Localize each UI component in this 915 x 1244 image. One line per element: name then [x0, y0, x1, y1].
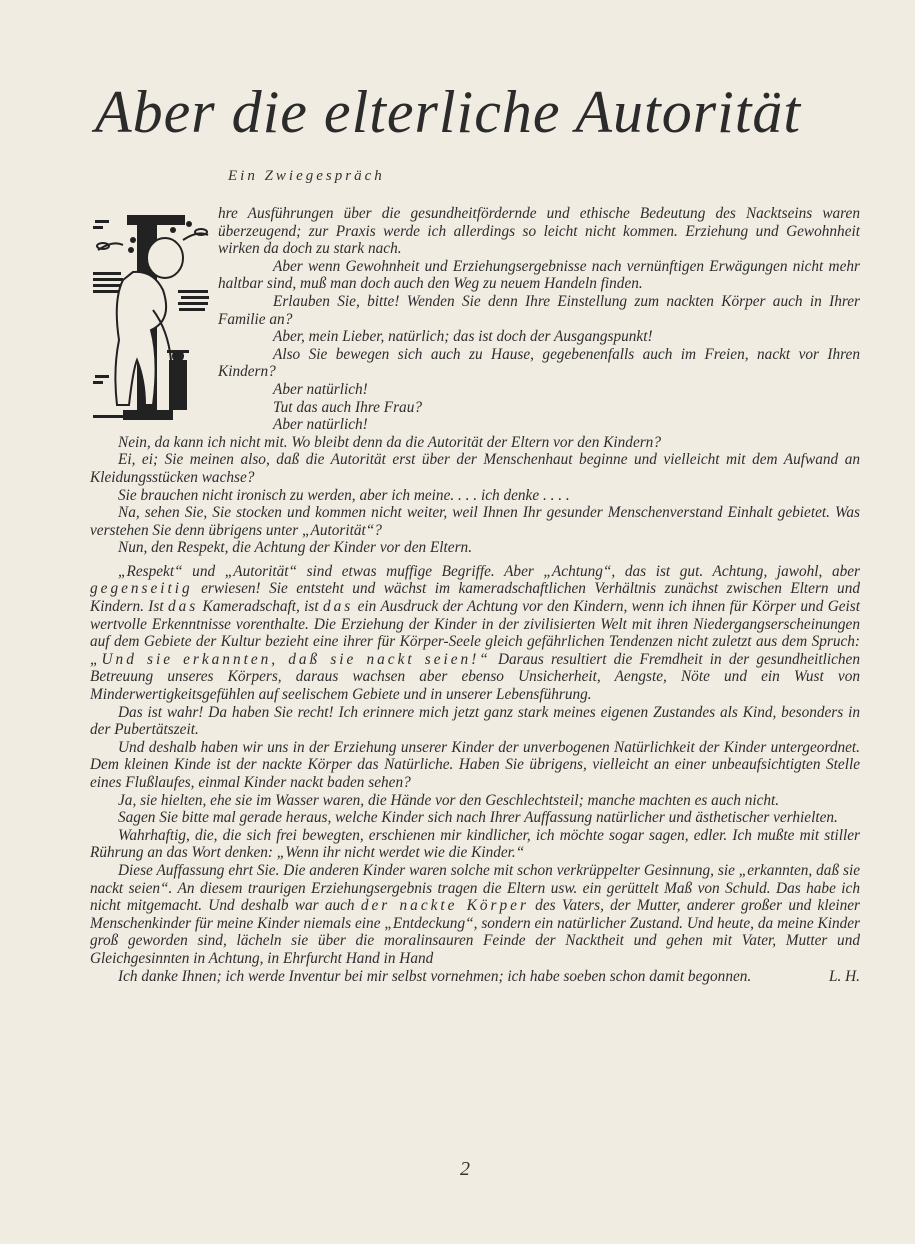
intro-block: hre Ausführungen über die gesundheitförd…: [218, 205, 860, 434]
paragraph: Aber natürlich!: [218, 416, 860, 434]
paragraph: Nein, da kann ich nicht mit. Wo bleibt d…: [90, 434, 860, 452]
closing-paragraph: Ich danke Ihnen; ich werde Inventur bei …: [90, 968, 860, 986]
paragraph: hre Ausführungen über die gesundheitförd…: [218, 205, 860, 258]
paragraph: Sie brauchen nicht ironisch zu werden, a…: [90, 487, 860, 505]
paragraph: Ja, sie hielten, ehe sie im Wasser waren…: [90, 792, 860, 810]
paragraph: Erlauben Sie, bitte! Wenden Sie denn Ihr…: [218, 293, 860, 328]
paragraph: Aber wenn Gewohnheit und Erziehungsergeb…: [218, 258, 860, 293]
paragraph: Aber natürlich!: [218, 381, 860, 399]
paragraph: Tut das auch Ihre Frau?: [218, 399, 860, 417]
paragraph: Nun, den Respekt, die Achtung der Kinder…: [90, 539, 860, 557]
paragraph: Sagen Sie bitte mal gerade heraus, welch…: [90, 809, 860, 827]
paragraph-auffassung: Diese Auffassung ehrt Sie. Die anderen K…: [90, 862, 860, 968]
paragraph: Ei, ei; Sie meinen also, daß die Autorit…: [90, 451, 860, 486]
paragraph: Also Sie bewegen sich auch zu Hause, geg…: [218, 346, 860, 381]
document-page: Aber die elterliche Autorität Ein Zwiege…: [0, 0, 915, 1244]
paragraph: Und deshalb haben wir uns in der Erziehu…: [90, 739, 860, 792]
main-block: Nein, da kann ich nicht mit. Wo bleibt d…: [90, 434, 860, 985]
author-signature: L. H.: [801, 968, 860, 986]
paragraph: Wahrhaftig, die, die sich frei bewegten,…: [90, 827, 860, 862]
paragraph: Das ist wahr! Da haben Sie recht! Ich er…: [90, 704, 860, 739]
paragraph: Aber, mein Lieber, natürlich; das ist do…: [218, 328, 860, 346]
paragraph: Na, sehen Sie, Sie stocken und kommen ni…: [90, 504, 860, 539]
article-subtitle: Ein Zwiegespräch: [228, 168, 385, 185]
article-body: hre Ausführungen über die gesundheitförd…: [118, 205, 860, 985]
article-title: Aber die elterliche Autorität: [95, 82, 875, 142]
paragraph-respekt: „Respekt“ und „Autorität“ sind etwas muf…: [90, 563, 860, 704]
page-number: 2: [460, 1158, 470, 1181]
